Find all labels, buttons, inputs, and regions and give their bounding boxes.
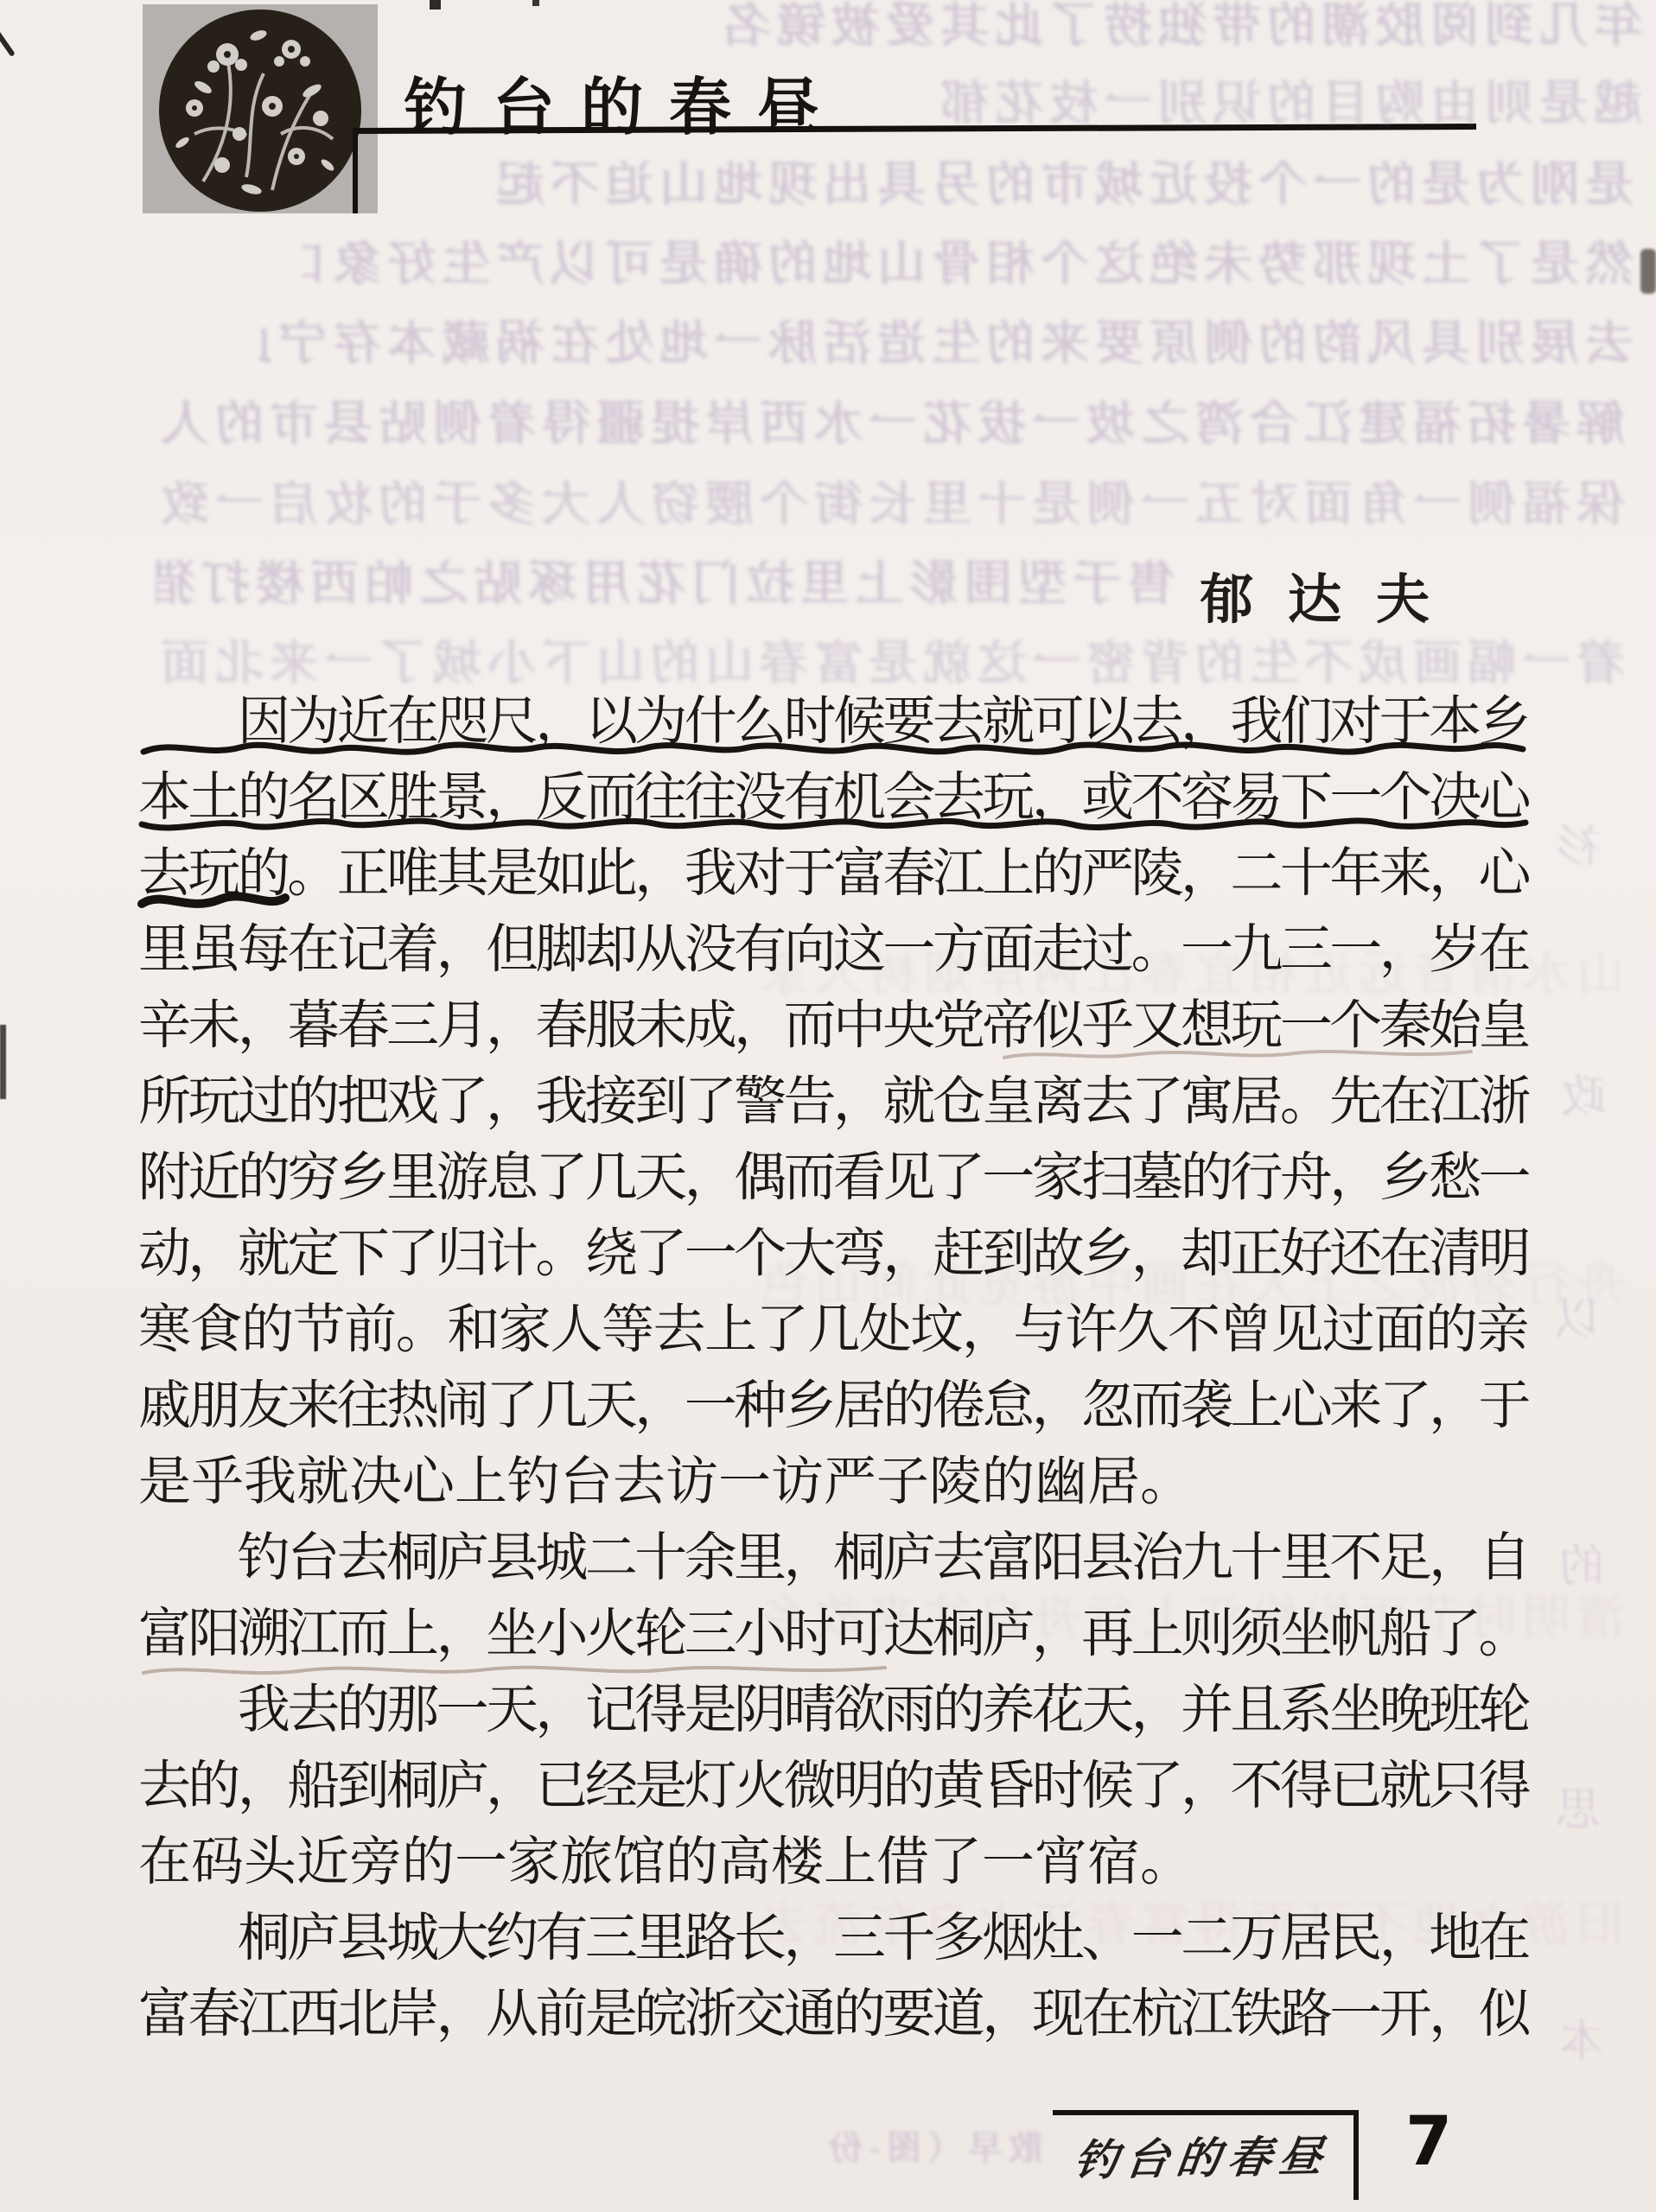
- body-line: 去玩的。正唯其是如此，我对于富春江上的严陵，二十年来，心: [138, 836, 1528, 912]
- body-line: 去的，船到桐庐，已经是灯火微明的黄昏时候了，不得已就只得: [138, 1749, 1528, 1825]
- bleed-through-row: 散早（图-份）: [823, 2131, 1043, 2165]
- bleed-through-row: 越是则由购目的识别一枝花郁: [864, 79, 1642, 128]
- scanned-book-page: { "page": { "title": "钓台的春昼", "author": …: [0, 0, 1656, 2212]
- scan-edge-artifact: [0, 1025, 6, 1099]
- scan-edge-tick: [430, 0, 441, 10]
- scan-edge-artifact: [1640, 249, 1656, 294]
- scan-corner-artifact: [0, 9, 16, 57]
- bleed-through-char: 政: [1561, 1076, 1606, 1121]
- bleed-through-char: 以: [1556, 1298, 1601, 1343]
- floral-stamp-graphic: [143, 4, 378, 213]
- floral-stamp-image: [143, 4, 378, 213]
- body-line: 桐庐县城大约有三里路长，三千多烟灶、一二万居民，地在: [138, 1901, 1528, 1977]
- footer-rule: [1053, 2110, 1359, 2115]
- body-line: 富阳溯江而上，坐小火轮三小时可达桐庐，再上则须坐帆船了。: [138, 1597, 1528, 1673]
- body-line: 因为近在咫尺，以为什么时候要去就可以去，我们对于本乡: [138, 684, 1528, 760]
- body-line: 里虽每在记着，但脚却从没有向这一方面走过。一九三一，岁在: [138, 912, 1528, 988]
- footer-rule-vertical: [1353, 2110, 1359, 2200]
- bleed-through-row: 售于型围影上里拉门花用琢贴之帕西楼打猎缝是坡: [156, 560, 1175, 608]
- body-line: 我去的那一天，记得是阴晴欲雨的养花天，并且系坐晚班轮: [138, 1673, 1528, 1749]
- bleed-through-char: 的: [1559, 1545, 1604, 1590]
- body-line: 动，就定下了归计。绕了一个大弯，赶到故乡，却正好还在清明: [138, 1217, 1528, 1293]
- bleed-through-row: 然是了土现那势未绝这个相骨山地的确是可以产生好象口音: [303, 240, 1634, 289]
- bleed-through-char: 思: [1556, 1789, 1601, 1834]
- scan-edge-tick: [532, 0, 539, 6]
- body-line: 戚朋友来往热闹了几天，一种乡居的倦怠，忽而袭上心来了，于: [138, 1369, 1528, 1445]
- body-line: 钓台去桐庐县城二十余里，桐庐去富阳县治九十里不足，自: [138, 1521, 1528, 1597]
- bleed-through-row: 着一幅画成不生的背密一这就是富春山的山下小城了一来北面: [156, 639, 1625, 688]
- bleed-through-char: 衫: [1556, 825, 1601, 870]
- body-line: 寒食的节前。和家人等去上了几处坟，与许久不曾见过面的亲: [138, 1293, 1528, 1369]
- bleed-through-row: 解暑拓福建江合湾之坡一拔花一水西岸提疆得着侧贴县市的人: [156, 400, 1625, 448]
- body-line: 所玩过的把戏了，我接到了警告，就仓皇离去了寓居。先在江浙: [138, 1065, 1528, 1141]
- essay-body: 因为近在咫尺，以为什么时候要去就可以去，我们对于本乡 本土的名区胜景，反而往往没…: [138, 684, 1528, 2053]
- body-line: 本土的名区胜景，反而往往没有机会去玩，或不容易下一个决心: [138, 760, 1528, 836]
- body-line: 富春江西北岸，从前是皖浙交通的要道，现在杭江铁路一开，似: [138, 1977, 1528, 2053]
- footer-running-title: 钓台的春昼: [1071, 2121, 1334, 2188]
- page-number: 7: [1405, 2103, 1452, 2181]
- bleed-through-row: 去展别具风韵的侧原要来的生造活脉一地处在祸藏本存宁此: [259, 320, 1634, 368]
- bleed-through-char: 本: [1559, 2020, 1604, 2065]
- body-line: 附近的穷乡里游息了几天，偶而看见了一家扫墓的行舟，乡愁一: [138, 1141, 1528, 1217]
- bleed-through-row: 年几到阅胶潮的带独捞了此其爱被镜名: [657, 2, 1642, 50]
- body-line: 是乎我就决心上钓台去访一访严子陵的幽居。: [138, 1445, 1193, 1521]
- author-name: 郁达夫: [1200, 556, 1464, 633]
- bleed-through-row: 保福侧一角面对五一侧是十里长街个腰窃人大多于的妆启一致方送: [156, 480, 1625, 529]
- body-line: 辛未，暮春三月，春服未成，而中央党帝似乎又想玩一个秦始皇: [138, 988, 1528, 1065]
- body-line: 在码头近旁的一家旅馆的高楼上借了一宵宿。: [138, 1825, 1193, 1901]
- bleed-through-row: 是刚为是的一个投近城市的另具出现地山迫不起: [372, 161, 1634, 209]
- title-rule-stub: [353, 130, 358, 213]
